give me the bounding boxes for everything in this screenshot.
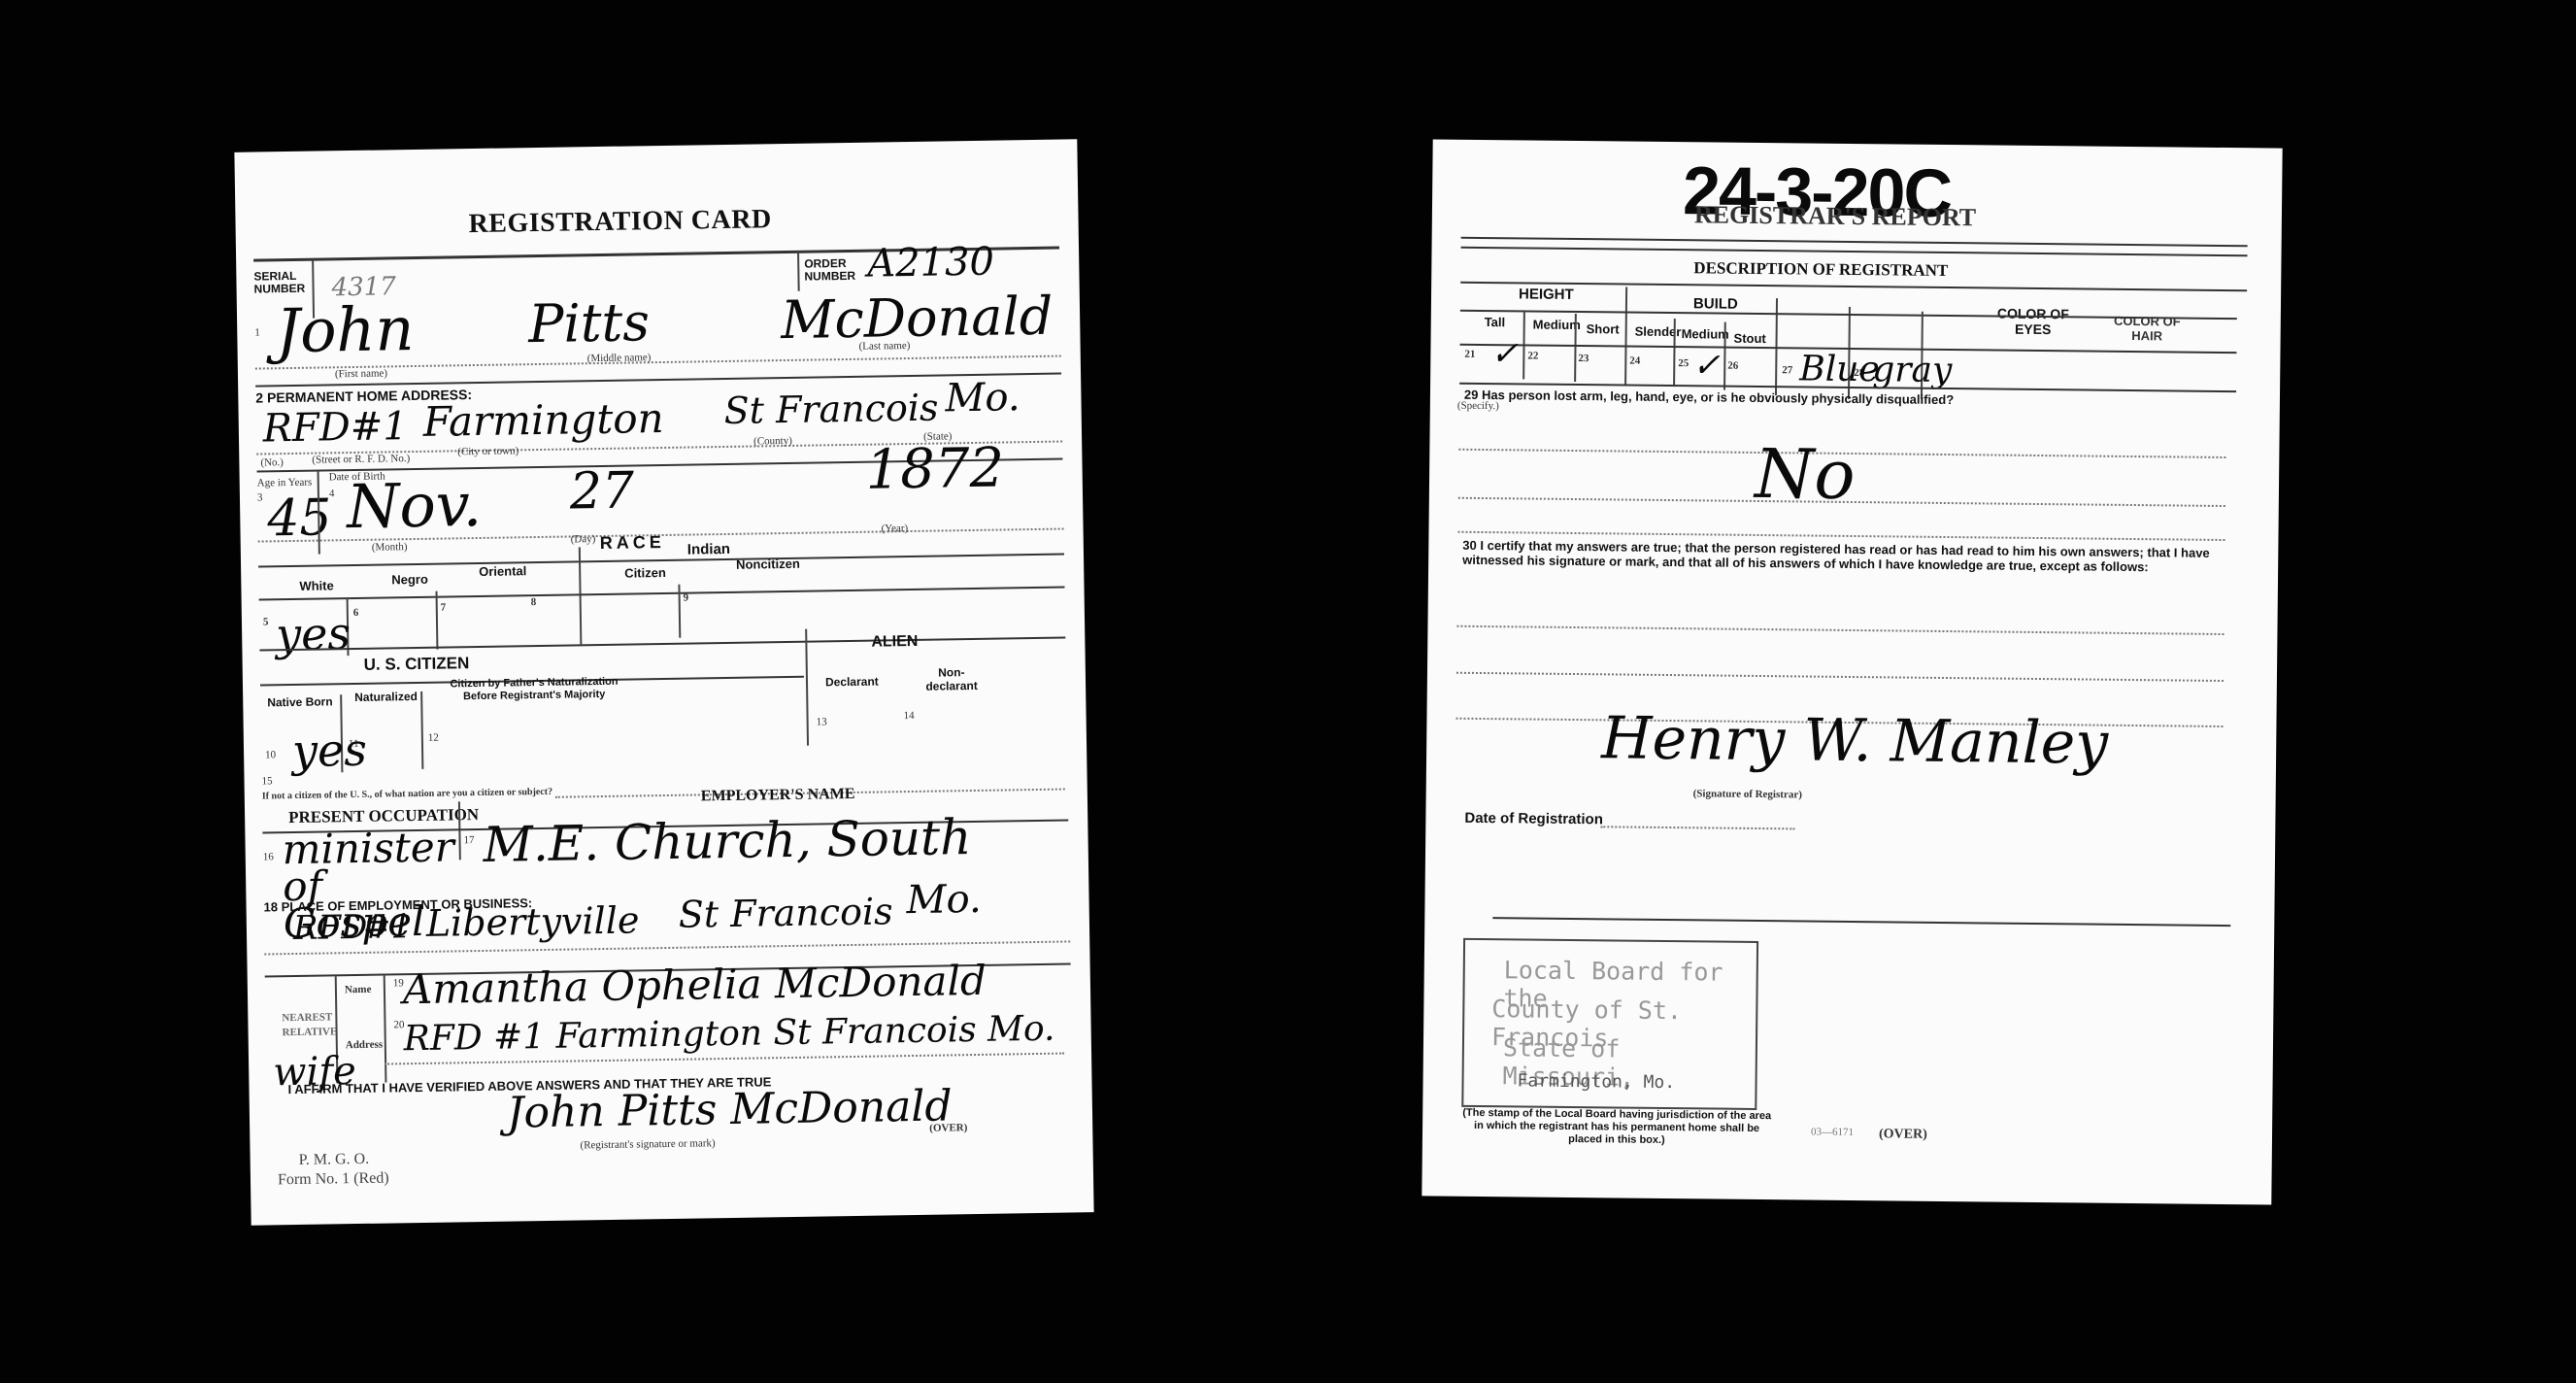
home-address-county: St Francois [723,387,939,432]
local-board-stamp-box: Local Board for the County of St. Franco… [1461,938,1758,1110]
form-id-line2: Form No. 1 (Red) [278,1170,389,1190]
field-number: 17 [463,834,474,846]
dob-day: 27 [569,461,634,521]
registrar-signature-caption: (Signature of Registrar) [1693,788,1802,800]
field-number: 25 [1678,357,1689,369]
field-number: 3 [257,491,263,503]
order-number-value: A2130 [867,240,994,287]
height-col-short: Short [1587,321,1620,336]
height-col-medium: Medium [1533,318,1581,333]
registrars-report-title: REGISTRAR'S REPORT [1694,200,1977,232]
over-label: (OVER) [929,1122,967,1134]
field-number: 22 [1527,350,1538,361]
home-address-street: #1 [350,404,408,450]
alien-header: ALIEN [871,633,918,652]
citizen-col-naturalized: Naturalized [354,690,418,704]
field-number: 27 [1782,364,1792,376]
card-title: REGISTRATION CARD [468,204,772,240]
employer-header: EMPLOYER'S NAME [701,786,855,805]
race-header: RACE [600,532,665,554]
order-number-label: ORDER NUMBER [804,257,862,284]
over-label: (OVER) [1879,1127,1927,1143]
home-address-no: RFD [262,405,351,451]
build-medium-check: ✓ [1692,346,1721,385]
field-number: 15 [261,775,272,787]
last-name: McDonald [781,286,1054,351]
nearest-relative-label: NEAREST RELATIVE [282,1010,340,1040]
employment-address-no: RFD [293,908,368,948]
stamp-line: Farmington, Mo. [1517,1070,1675,1093]
citizen-col-native: Native Born [267,694,333,709]
home-address-city: Farmington [422,394,664,446]
alien-col-declarant: Declarant [825,675,879,690]
registration-card-back: 24-3-20C REGISTRAR'S REPORT DESCRIPTION … [1422,139,2282,1204]
caption-no: (No.) [260,456,284,468]
employment-address-street: #1 [363,907,413,947]
employer-value: M.E. Church, South [483,809,972,873]
serial-number-label: SERIAL NUMBER [253,270,312,296]
signature-caption: (Registrant's signature or mark) [580,1137,715,1151]
caption-year: (Year) [881,523,908,534]
home-address-state: Mo. [945,375,1020,421]
employment-address-county: St Francois [678,890,893,935]
height-header: HEIGHT [1519,286,1574,303]
field-number: 10 [265,749,276,760]
build-col-medium: Medium [1682,326,1729,342]
us-citizen-header: U. S. CITIZEN [364,654,470,675]
field-number: 21 [1464,349,1475,360]
field-number: 1 [254,326,260,338]
race-white-value: yes [276,607,351,660]
caption-month: (Month) [372,541,408,554]
last-name-caption: (Last name) [859,340,911,353]
middle-name-caption: (Middle name) [587,352,652,364]
relative-name-label: Name [345,984,372,995]
registrant-signature: John Pitts McDonald [507,1081,953,1137]
q29-specify: (Specify.) [1457,400,1499,412]
middle-name: Pitts [528,291,651,354]
relative-name: Amantha Ophelia McDonald [403,957,987,1013]
eyes-header: COLOR OF EYES [1994,306,2072,338]
description-header: DESCRIPTION OF REGISTRANT [1693,258,1948,281]
race-col-white: White [299,578,334,593]
field-number: 6 [353,607,359,619]
eyes-value: Blue [1799,349,1880,389]
relative-address: RFD #1 Farmington St Francois Mo. [403,1009,1054,1060]
field-number: 5 [263,616,269,627]
indian-col-citizen: Citizen [624,565,666,581]
q15-question: If not a citizen of the U. S., of what n… [262,787,552,802]
field-number: 24 [1629,355,1640,367]
dob-year: 1872 [865,436,1005,501]
race-col-negro: Negro [391,572,428,588]
registrar-signature: Henry W. Manley [1601,704,2109,777]
field-number: 26 [1727,360,1738,372]
stamp-instruction: (The stamp of the Local Board having jur… [1456,1107,1777,1148]
alien-col-nondeclarant: Non-declarant [913,665,990,693]
field-number: 8 [531,596,537,608]
field-number: 12 [428,732,439,744]
caption-day: (Day) [571,533,596,545]
first-name-caption: (First name) [335,367,387,380]
date-of-registration-label: Date of Registration [1464,810,1603,827]
hair-value: gray [1872,350,1952,390]
build-header: BUILD [1693,295,1738,312]
citizen-col-by-father: Citizen by Father's Naturalization Befor… [437,676,631,704]
form-id-line1: P. M. G. O. [299,1151,370,1169]
field-number: 14 [903,710,914,722]
form-code: 03—6171 [1811,1127,1854,1138]
employment-address-city: Libertyville [426,898,640,944]
height-tall-check: ✓ [1490,334,1519,373]
q30-certification: 30 I certify that my answers are true; t… [1462,538,2239,575]
race-col-oriental: Oriental [479,563,526,579]
age-label: Age in Years [257,477,313,489]
field-number: 7 [441,602,447,614]
indian-col-noncitizen: Noncitizen [736,557,800,572]
dob-month: Nov. [347,469,483,542]
first-name: John [276,293,415,366]
caption-city: (City or town) [457,445,519,457]
field-number: 13 [817,716,827,727]
indian-header: Indian [687,541,730,558]
field-number: 23 [1578,353,1589,364]
field-number: 4 [329,488,335,499]
field-number: 9 [684,592,689,604]
native-born-value: yes [292,724,368,777]
height-col-tall: Tall [1485,315,1506,329]
caption-street: (Street or R. F. D. No.) [312,453,410,466]
caption-county: (County) [753,435,792,448]
build-col-stout: Stout [1734,331,1766,346]
registration-card-front: REGISTRATION CARD SERIAL NUMBER 4317 ORD… [234,139,1093,1225]
employment-address-state: Mo. [906,877,982,923]
field-number: 16 [263,851,274,862]
